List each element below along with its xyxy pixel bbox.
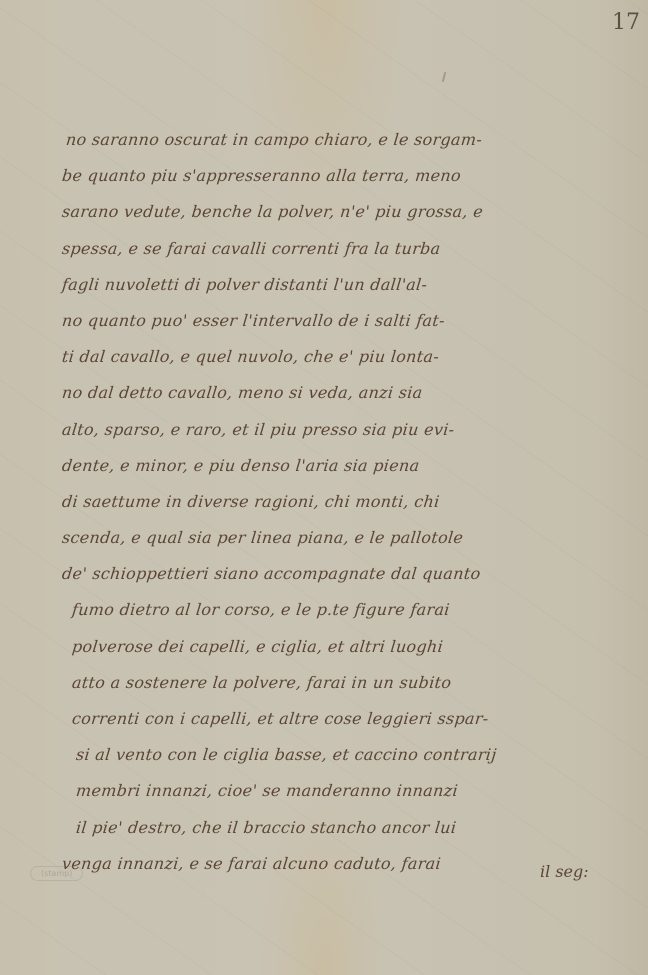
text-line: correnti con i capelli, et altre cose le… [60,701,604,737]
text-line: alto, sparso, e raro, et il piu presso s… [60,412,604,448]
manuscript-page: 17 no saranno oscurat in campo chiaro, e… [0,0,648,975]
text-line: scenda, e qual sia per linea piana, e le… [60,520,604,556]
text-line: be quanto piu s'appresseranno alla terra… [60,158,604,194]
text-line: ti dal cavallo, e quel nuvolo, che e' pi… [60,339,604,375]
text-line: no quanto puo' esser l'intervallo de i s… [60,303,604,339]
text-line: membri innanzi, cioe' se manderanno inna… [60,773,604,809]
text-line: il pie' destro, che il braccio stancho a… [60,810,604,846]
catchword: il seg: [540,862,589,881]
text-line: no dal detto cavallo, meno si veda, anzi… [60,375,604,411]
text-line: de' schioppettieri siano accompagnate da… [60,556,604,592]
text-line: sarano vedute, benche la polver, n'e' pi… [60,194,604,230]
text-line: fagli nuvoletti di polver distanti l'un … [60,267,604,303]
text-line: no saranno oscurat in campo chiaro, e le… [60,122,604,158]
text-line: fumo dietro al lor corso, e le p.te figu… [60,592,604,628]
text-line: atto a sostenere la polvere, farai in un… [60,665,604,701]
manuscript-text: no saranno oscurat in campo chiaro, e le… [62,122,602,882]
ink-mark [442,72,447,82]
text-line: venga innanzi, e se farai alcuno caduto,… [60,846,604,882]
text-line: si al vento con le ciglia basse, et cacc… [60,737,604,773]
text-line: polverose dei capelli, e ciglia, et altr… [60,629,604,665]
faint-stamp: (stamp) [30,866,83,881]
text-line: dente, e minor, e piu denso l'aria sia p… [60,448,604,484]
text-line: di saettume in diverse ragioni, chi mont… [60,484,604,520]
folio-number: 17 [612,10,640,35]
text-line: spessa, e se farai cavalli correnti fra … [60,231,604,267]
